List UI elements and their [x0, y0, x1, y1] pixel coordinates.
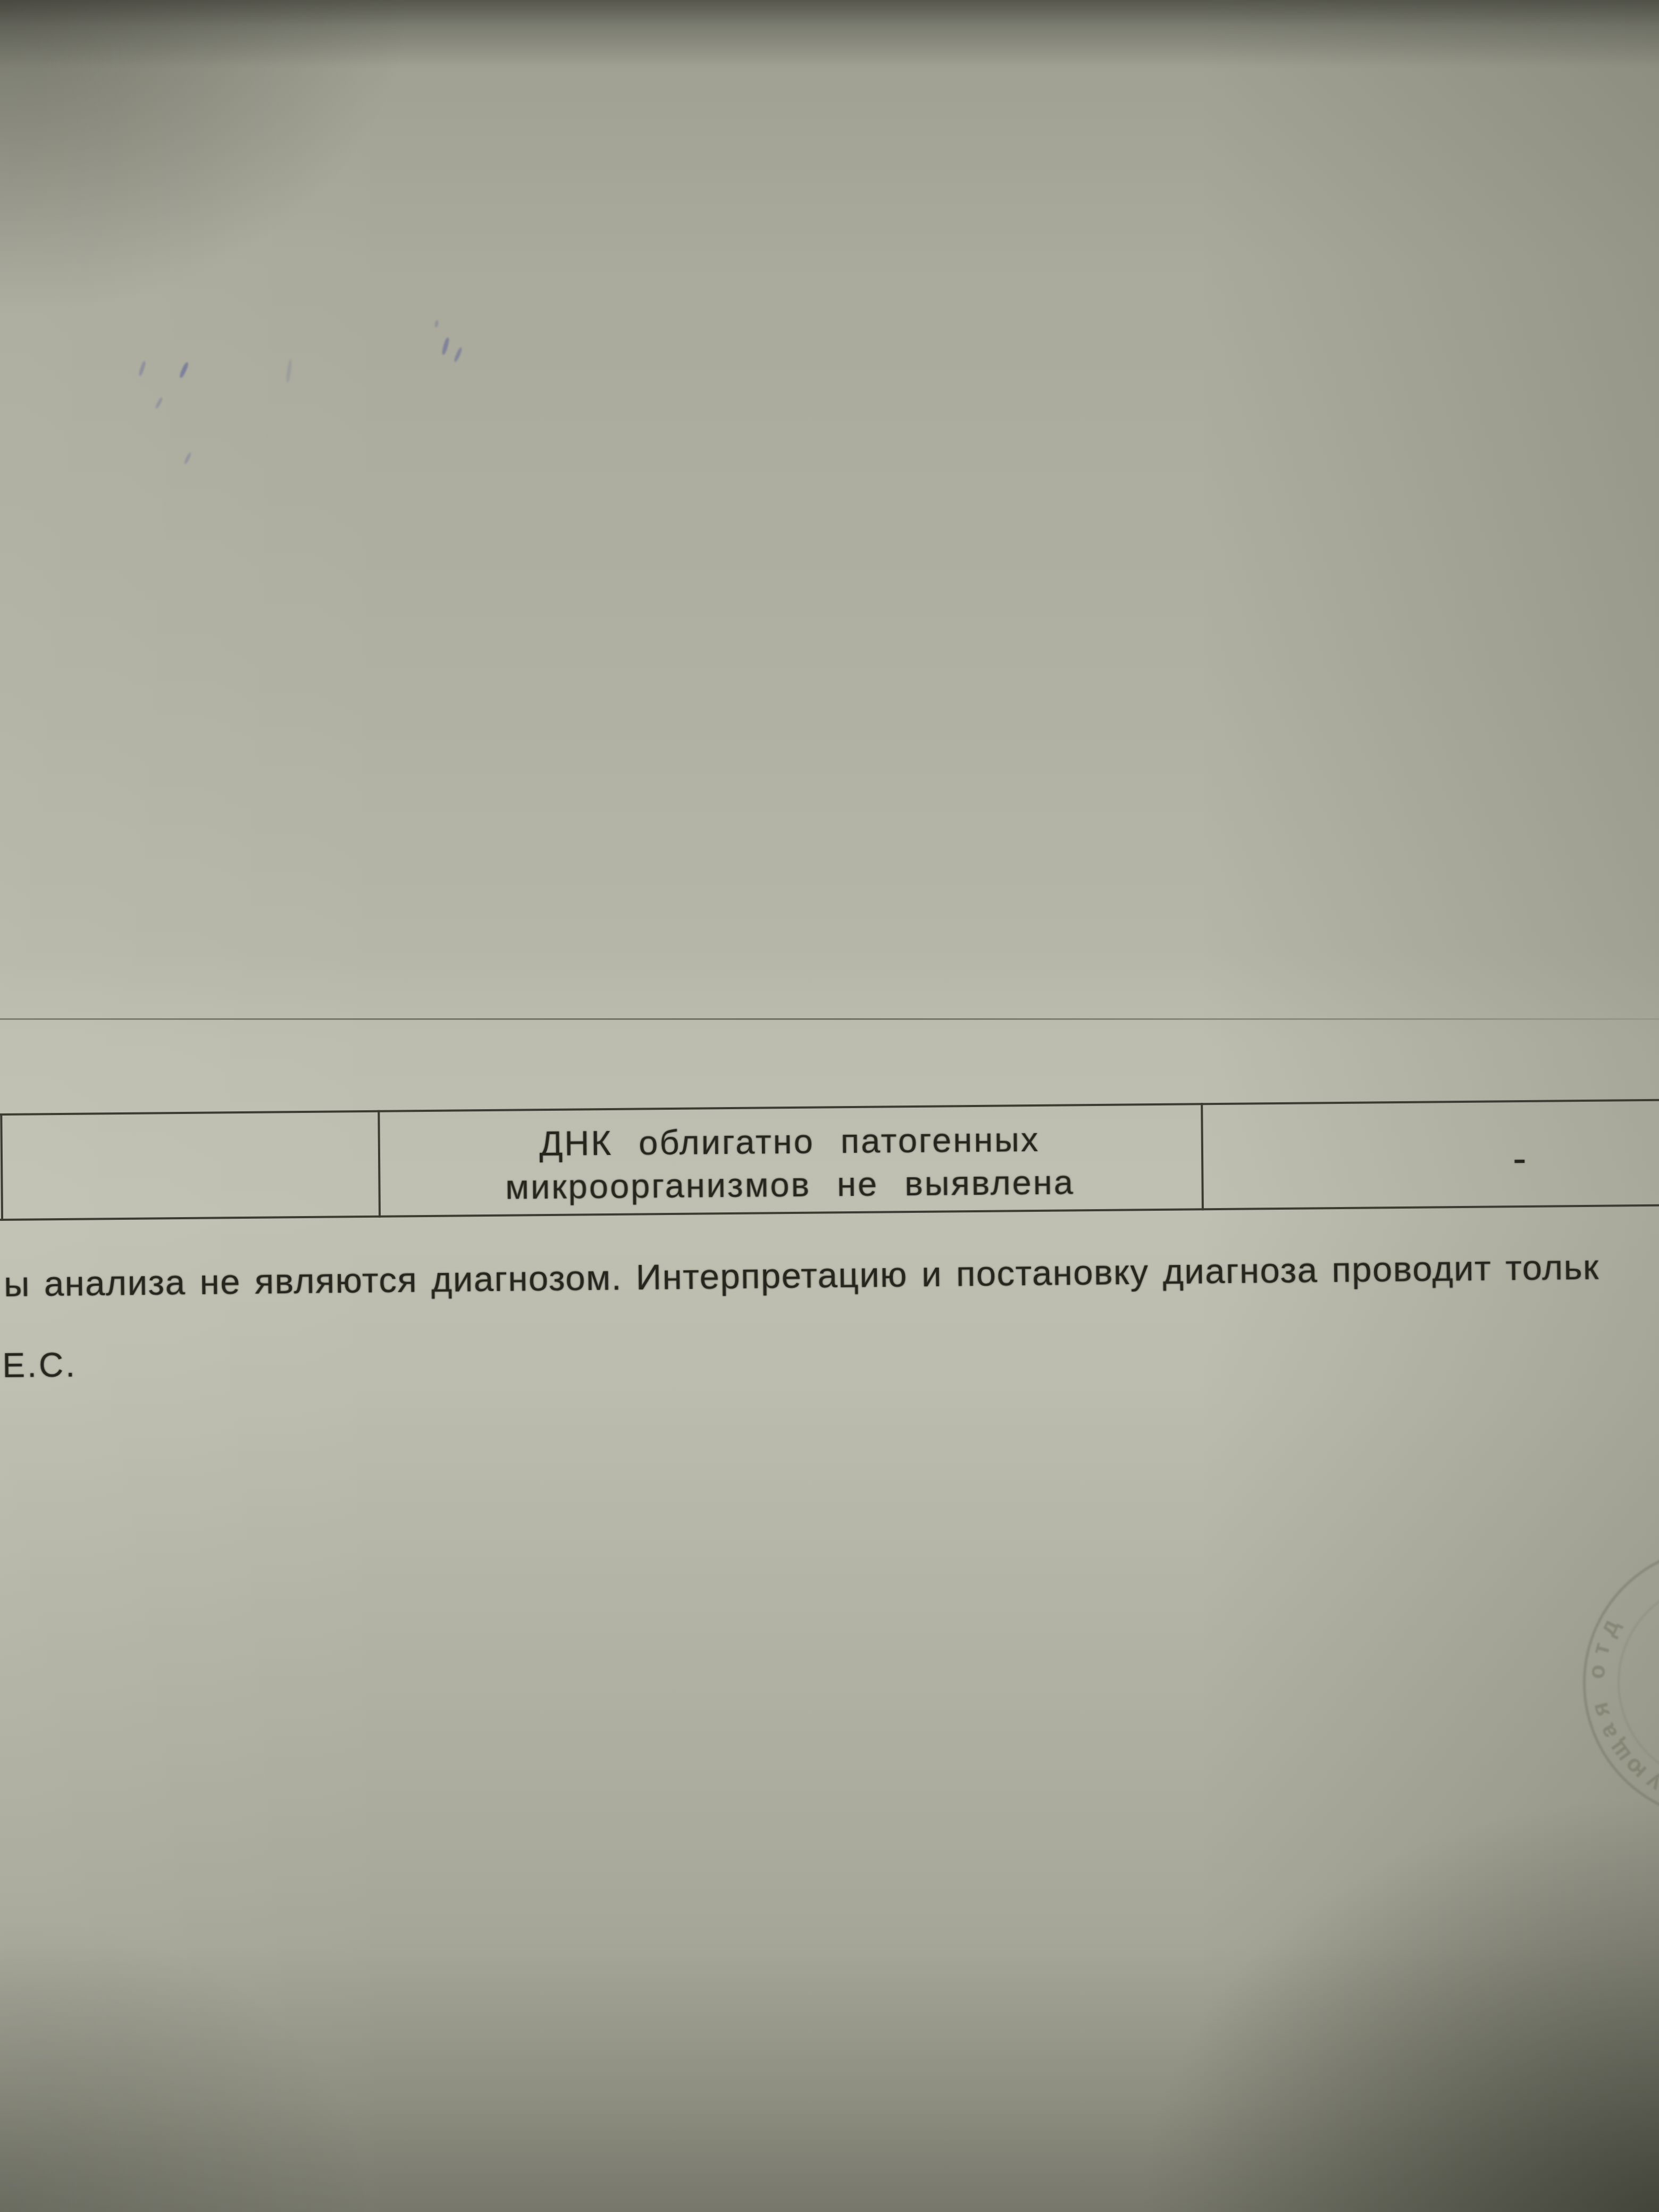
stamp-arc-letter: о: [1585, 1664, 1610, 1680]
result-cell: ДНК облигатно патогенных микроорганизмов…: [378, 1103, 1202, 1217]
result-value-dash: -: [1513, 1138, 1527, 1179]
disclaimer-text: ы анализа не являются диагнозом. Интерпр…: [4, 1247, 1659, 1302]
document-photo: { "document": { "table": { "result_line1…: [0, 0, 1659, 2212]
result-line-2: микроорганизмов не выявлена: [505, 1164, 1075, 1204]
document-content: ДНК облигатно патогенных микроорганизмов…: [0, 0, 1659, 2212]
signature-initials: Е.С.: [2, 1348, 77, 1382]
result-line-1: ДНК облигатно патогенных: [539, 1122, 1040, 1161]
table-left-border: [0, 1113, 3, 1221]
